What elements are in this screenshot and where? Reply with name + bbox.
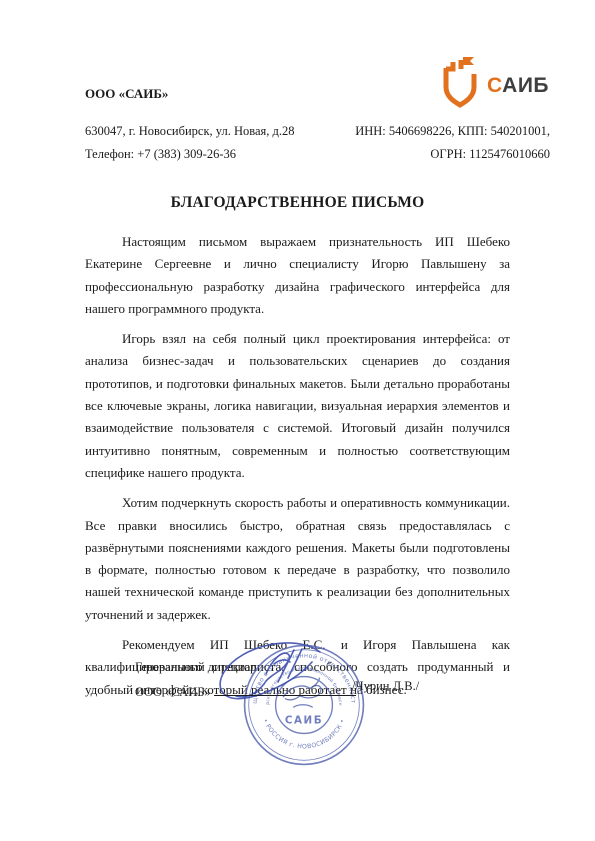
handwritten-signature — [208, 636, 342, 718]
paragraph-2: Игорь взял на себя полный цикл проектиро… — [85, 328, 510, 484]
signature-line — [214, 695, 356, 696]
logo-letter-accent: С — [487, 74, 502, 97]
paragraph-1: Настоящим письмом выражаем признательнос… — [85, 231, 510, 320]
letter-page: ООО «САИБ» 630047, г. Новосибирск, ул. Н… — [0, 0, 595, 841]
signer-name: /Чурин Д.В./ — [352, 679, 419, 694]
company-ogrn: ОГРН: 1125476010660 — [355, 143, 550, 166]
company-inn-kpp: ИНН: 5406698226, КПП: 540201001, — [355, 120, 550, 143]
company-contacts: 630047, г. Новосибирск, ул. Новая, д.28 … — [85, 120, 295, 166]
logo-wordmark: САИБ — [487, 74, 549, 98]
paragraph-3: Хотим подчеркнуть скорость работы и опер… — [85, 492, 510, 626]
company-registration: ИНН: 5406698226, КПП: 540201001, ОГРН: 1… — [355, 120, 550, 166]
company-phone: Телефон: +7 (383) 309-26-36 — [85, 143, 295, 166]
logo-letters-rest: АИБ — [502, 74, 549, 97]
company-logo: САИБ — [437, 56, 549, 108]
signer-role-line2: ООО «САИБ» — [135, 685, 211, 700]
shield-castle-flag-icon — [437, 56, 483, 108]
page-title: БЛАГОДАРСТВЕННОЕ ПИСЬМО — [0, 194, 595, 212]
company-address: 630047, г. Новосибирск, ул. Новая, д.28 — [85, 120, 295, 143]
company-name: ООО «САИБ» — [85, 86, 168, 102]
